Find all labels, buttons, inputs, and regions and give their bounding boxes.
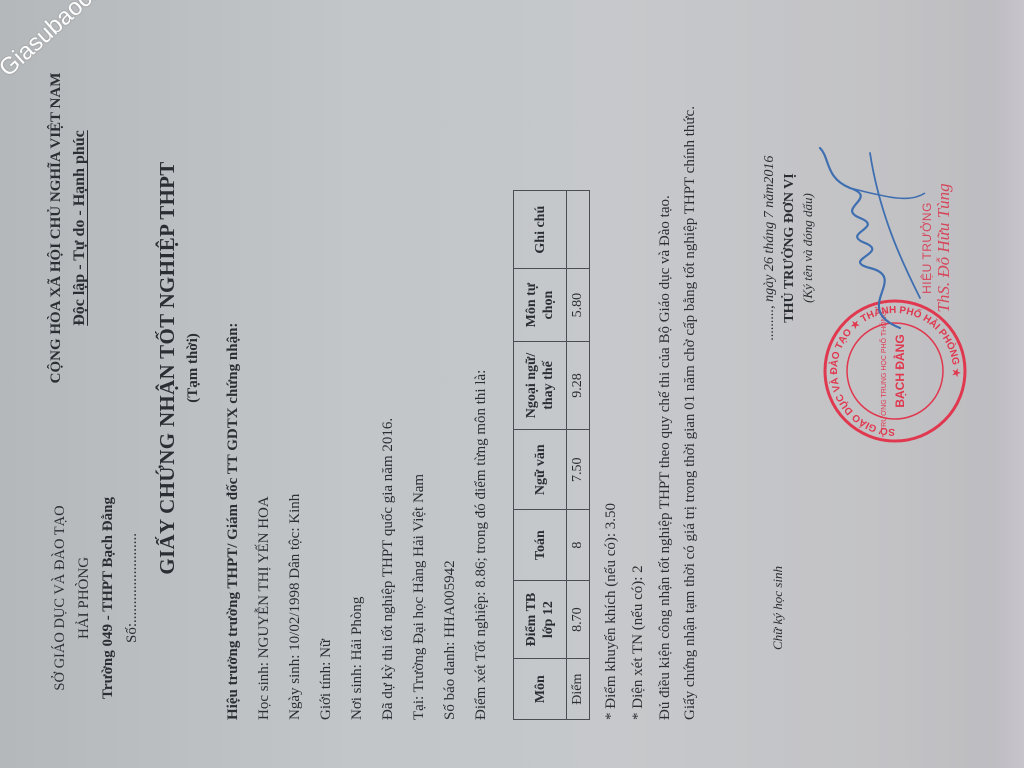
foreign-language-score: 9.28 [567,341,590,429]
candidate-number: Số báo danh: HHA005942 [435,40,466,720]
bonus-points: * Điểm khuyến khích (nếu có): 3.50 [598,40,625,720]
elective-score: 5.80 [567,269,590,341]
city-name: HẢI PHÒNG [72,438,96,758]
national-header: CỘNG HÒA XÃ HỘI CHỦ NGHĨA VIỆT NAM Độc l… [44,8,92,448]
signature-scribble-icon [810,138,930,338]
dob-ethnicity: Ngày sinh: 10/02/1998 Dân tộc: Kinh [280,40,311,720]
exam-venue: Tại: Trường Đại học Hàng Hải Việt Nam [404,40,435,720]
gender: Giới tính: Nữ [311,40,342,720]
nation-name: CỘNG HÒA XÃ HỘI CHỦ NGHĨA VIỆT NAM [44,8,68,448]
school-name: Trường 049 - THPT Bạch Đằng [96,438,120,758]
certificate-document: SỞ GIÁO DỤC VÀ ĐÀO TẠO HẢI PHÒNG Trường … [0,0,1024,768]
certificate-notes: * Điểm khuyến khích (nếu có): 3.50 * Diệ… [598,40,701,720]
principal-signature-block: HIỆU TRƯỞNG ThS. Đỗ Hữu Tùng [920,148,954,348]
math-score: 8 [567,510,590,581]
scores-table: Môn Điểm TB lớp 12 Toán Ngữ văn Ngoại ng… [513,190,590,720]
header-gpa: Điểm TB lớp 12 [514,580,567,658]
header-subject: Môn [514,659,567,720]
header-math: Toán [514,510,567,581]
photo-background: SỞ GIÁO DỤC VÀ ĐÀO TẠO HẢI PHÒNG Trường … [0,0,1024,768]
validity-statement: Giấy chứng nhận tạm thời có giá trị tron… [679,40,701,720]
stamp-center-text: BẠCH ĐẰNG [892,334,907,407]
principal-name: ThS. Đỗ Hữu Tùng [934,148,954,348]
exam-info: Đã dự kỳ thi tốt nghiệp THPT quốc gia nă… [373,40,404,720]
graduation-score: Điểm xét Tốt nghiệp: 8.86; trong đó điểm… [466,40,497,720]
national-motto: Độc lập - Tự do - Hạnh phúc [68,8,92,448]
signing-date: ........., ngày 26 tháng 7 năm2016 [762,28,778,468]
document-subtitle: (Tạm thời) [185,58,202,678]
table-row: Điểm 8.70 8 7.50 9.28 5.80 [567,191,590,720]
notes-cell [567,191,590,269]
header-foreign-language: Ngoại ngữ/ thay thế [514,341,567,429]
student-name: Học sinh: NGUYỄN THỊ YẾN HOA [249,40,280,720]
row-label: Điểm [567,659,590,720]
birthplace: Nơi sinh: Hải Phòng [342,40,373,720]
gpa-score: 8.70 [567,580,590,658]
graduation-category: * Diện xét TN (nếu có): 2 [625,40,652,720]
literature-score: 7.50 [567,430,590,510]
department-name: SỞ GIÁO DỤC VÀ ĐÀO TẠO [48,438,72,758]
eligibility-statement: Đủ điều kiện công nhận tốt nghiệp THPT t… [652,40,679,720]
signer-title: THỦ TRƯỞNG ĐƠN VỊ [782,28,798,468]
certificate-body: Hiệu trưởng trường THPT/ Giám đốc TT GDT… [218,40,497,720]
principal-role: HIỆU TRƯỞNG [920,148,934,348]
header-notes: Ghi chú [514,191,567,269]
issuer-header: SỞ GIÁO DỤC VÀ ĐÀO TẠO HẢI PHÒNG Trường … [48,438,144,758]
student-signature-label: Chữ ký học sinh [770,488,786,728]
intro-line: Hiệu trưởng trường THPT/ Giám đốc TT GDT… [218,40,249,720]
document-number: Số:........................ [120,438,144,738]
scores-header-row: Môn Điểm TB lớp 12 Toán Ngữ văn Ngoại ng… [514,191,567,720]
header-elective: Môn tự chọn [514,269,567,341]
document-title: GIẤY CHỨNG NHẬN TỐT NGHIỆP THPT [155,58,180,678]
header-literature: Ngữ văn [514,430,567,510]
